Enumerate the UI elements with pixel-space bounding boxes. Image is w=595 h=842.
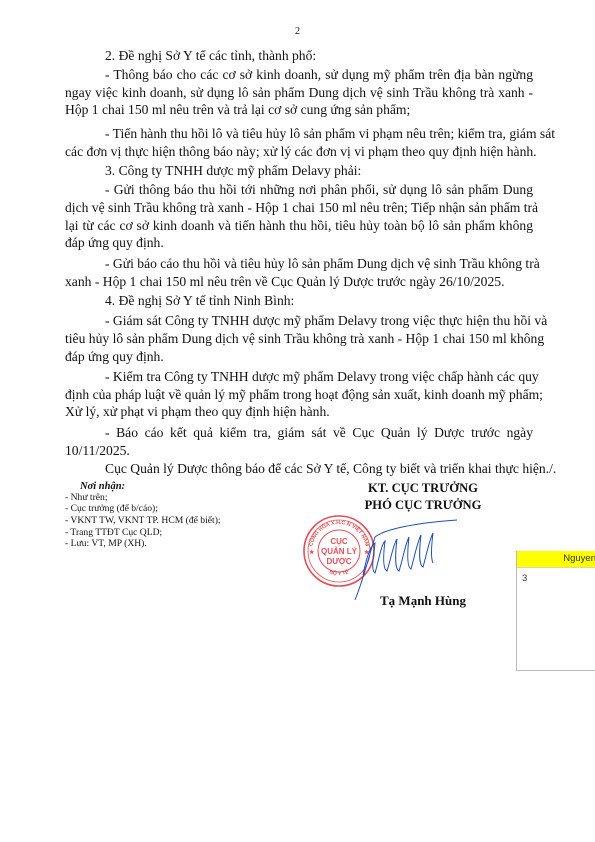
body-line: - Gửi thông báo thu hồi tới những nơi ph… bbox=[105, 182, 533, 198]
body-line: ngay việc kinh doanh, sử dụng lô sản phẩ… bbox=[65, 85, 533, 101]
sticky-note-comment[interactable]: Nguyen 3 bbox=[516, 551, 595, 671]
signer-subtitle: PHÓ CỤC TRƯỞNG bbox=[333, 497, 513, 513]
recipient-item: - Lưu: VT, MP (XH). bbox=[65, 538, 147, 549]
recipient-item: - Cục trưởng (để b/cáo); bbox=[65, 503, 158, 514]
recipient-item: - Trang TTĐT Cục QLD; bbox=[65, 527, 162, 538]
body-line: - Thông báo cho các cơ sở kinh doanh, sử… bbox=[105, 67, 533, 83]
note-author: Nguyen bbox=[517, 551, 595, 568]
body-line: 2. Đề nghị Sở Y tế các tỉnh, thành phố: bbox=[105, 48, 533, 64]
svg-text:★: ★ bbox=[309, 549, 315, 556]
body-line: - Kiểm tra Công ty TNHH dược mỹ phẩm Del… bbox=[105, 369, 533, 385]
body-line: các đơn vị thực hiện thông báo này; xử l… bbox=[65, 144, 533, 160]
body-line: xanh - Hộp 1 chai 150 ml nêu trên về Cục… bbox=[65, 274, 533, 290]
recipient-item: - Như trên; bbox=[65, 492, 108, 503]
body-line: 4. Đề nghị Sở Y tế tỉnh Ninh Bình: bbox=[105, 293, 533, 309]
body-line: dịch vệ sinh Trầu không trà xanh - Hộp 1… bbox=[65, 200, 533, 216]
handwritten-signature-icon bbox=[345, 515, 465, 605]
body-line: định của pháp luật về quản lý mỹ phẩm tr… bbox=[65, 387, 533, 403]
body-line: đáp ứng quy định. bbox=[65, 349, 533, 365]
note-body[interactable]: 3 bbox=[517, 568, 595, 584]
body-line: Cục Quản lý Dược thông báo để các Sở Y t… bbox=[105, 461, 533, 477]
body-line: - Giám sát Công ty TNHH dược mỹ phẩm Del… bbox=[105, 313, 533, 329]
body-line: 3. Công ty TNHH dược mỹ phẩm Delavy phải… bbox=[105, 163, 533, 179]
body-line: - Gửi báo cáo thu hồi và tiêu hủy lô sản… bbox=[105, 256, 533, 272]
body-line: - Tiến hành thu hồi lô và tiêu hủy lô sả… bbox=[105, 126, 533, 142]
page-number: 2 bbox=[0, 26, 595, 37]
recipients-title: Nơi nhận: bbox=[80, 481, 125, 492]
body-line: 10/11/2025. bbox=[65, 443, 533, 459]
recipient-item: - VKNT TW, VKNT TP. HCM (để biết); bbox=[65, 515, 221, 526]
body-line: tiêu hủy lô sản phẩm Dung dịch vệ sinh T… bbox=[65, 331, 533, 347]
body-line: lại từ các cơ sở kinh doanh và tiến hành… bbox=[65, 218, 533, 234]
signer-title: KT. CỤC TRƯỞNG bbox=[333, 480, 513, 496]
body-line: Hộp 1 chai 150 ml nêu trên và trả lại cơ… bbox=[65, 102, 533, 118]
body-line: Xử lý, xử phạt vi phạm theo quy định hiệ… bbox=[65, 404, 533, 420]
signer-name: Tạ Mạnh Hùng bbox=[333, 593, 513, 609]
body-line: - Báo cáo kết quả kiểm tra, giám sát về … bbox=[105, 425, 533, 441]
body-line: đáp ứng quy định. bbox=[65, 235, 533, 251]
